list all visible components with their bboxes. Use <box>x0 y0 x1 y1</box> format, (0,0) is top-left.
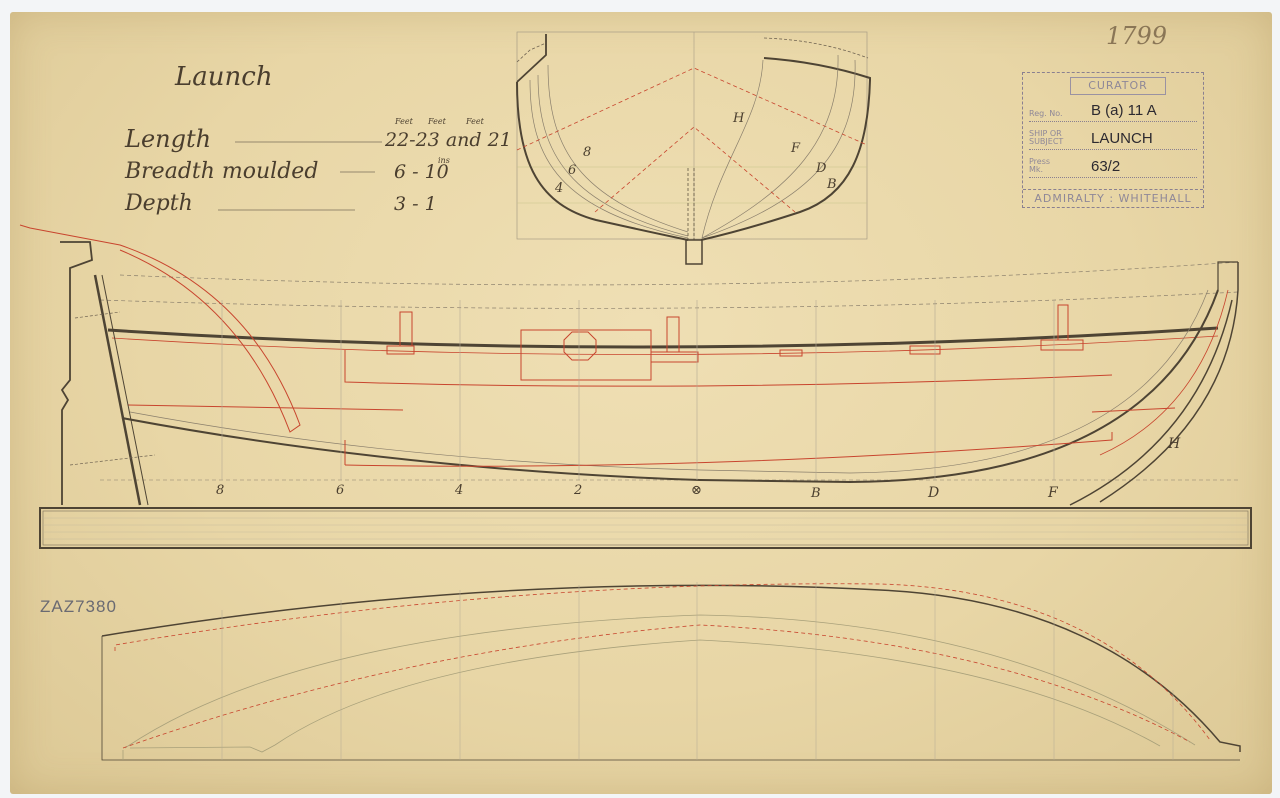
stamp-label-subject: SHIP OR SUBJECT <box>1029 130 1063 146</box>
station-label-4: 4 <box>454 483 463 498</box>
station-label-H: H <box>1167 436 1181 452</box>
sheer-profile <box>20 225 1238 505</box>
body-label-H: H <box>732 111 745 126</box>
body-label-6: 6 <box>568 163 576 178</box>
body-label-4: 4 <box>554 181 563 196</box>
dimension-label-breadth: Breadth moulded <box>124 159 318 184</box>
units-feet-2: Feet <box>427 117 447 126</box>
station-label-2: 2 <box>573 483 582 498</box>
units-feet-1: Feet <box>394 117 414 126</box>
title-text: Launch <box>174 62 273 92</box>
stamp-row-reg: Reg. No. B (a) 11 A <box>1029 99 1197 122</box>
dimension-label-depth: Depth <box>124 191 193 216</box>
half-breadth-plan <box>102 582 1240 760</box>
stamp-value-reg: B (a) 11 A <box>1091 102 1157 119</box>
station-label-D: D <box>927 485 939 501</box>
reference-code: ZAZ7380 <box>40 597 117 617</box>
station-label-8: 8 <box>216 483 224 498</box>
body-label-D: D <box>815 161 827 176</box>
body-plan <box>517 32 870 264</box>
stamp-label-press: Press Mk. <box>1029 158 1063 174</box>
station-label-F: F <box>1047 485 1059 501</box>
stamp-label-reg: Reg. No. <box>1029 110 1063 118</box>
dimension-value-depth: 3 - 1 <box>394 193 437 215</box>
curator-stamp: CURATOR Reg. No. B (a) 11 A SHIP OR SUBJ… <box>1022 72 1204 208</box>
station-label-midship: ⊗ <box>691 483 702 498</box>
station-label-6: 6 <box>336 483 344 498</box>
stamp-row-subject: SHIP OR SUBJECT LAUNCH <box>1029 127 1197 150</box>
stamp-value-subject: LAUNCH <box>1091 130 1153 147</box>
scale-bar <box>40 508 1251 548</box>
units-feet-3: Feet <box>465 117 485 126</box>
stamp-header: CURATOR <box>1070 77 1166 95</box>
body-label-8: 8 <box>583 145 591 160</box>
stamp-row-press: Press Mk. 63/2 <box>1029 155 1197 178</box>
dimension-value-length: 22-23 and 21 <box>384 129 512 151</box>
body-label-F: F <box>790 141 801 156</box>
dimension-value-breadth: 6 - 10 <box>394 161 449 183</box>
body-label-B: B <box>826 177 837 192</box>
stamp-value-press: 63/2 <box>1091 158 1120 175</box>
dimension-label-length: Length <box>124 125 211 153</box>
year-annotation: 1799 <box>1106 22 1167 50</box>
station-label-B: B <box>810 486 821 501</box>
stamp-footer: ADMIRALTY : WHITEHALL <box>1023 189 1203 205</box>
